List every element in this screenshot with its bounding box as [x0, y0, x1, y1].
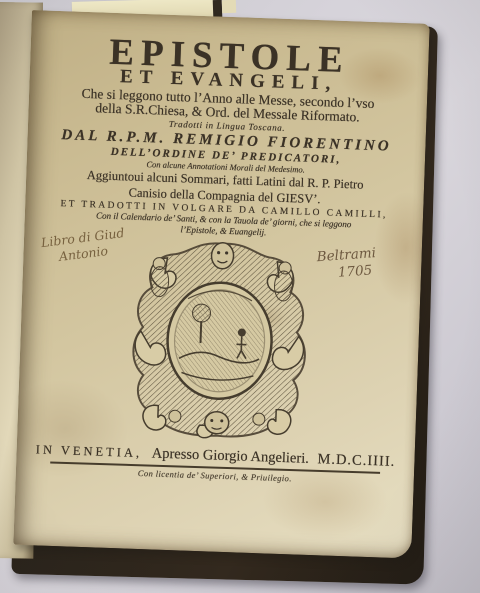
printer-device-woodcut-icon: [121, 237, 318, 444]
imprint-year: M.D.C.IIII.: [317, 451, 395, 470]
photo-of-antique-book: EPISTOLE ET EVANGELI, Che si leggono tut…: [0, 0, 480, 593]
title-page: EPISTOLE ET EVANGELI, Che si leggono tut…: [13, 10, 429, 559]
title-page-content: EPISTOLE ET EVANGELI, Che si leggono tut…: [13, 10, 429, 559]
imprint-place: IN VENETIA,: [36, 442, 143, 460]
page-edge-sliver: [222, 0, 236, 13]
handwritten-inscription-right: Beltrami 1705: [316, 245, 377, 283]
cover-edge-notch: [213, 0, 223, 17]
imprint-publisher: Apresso Giorgio Angelieri.: [151, 445, 309, 466]
inscription-right-line2: 1705: [337, 262, 377, 282]
